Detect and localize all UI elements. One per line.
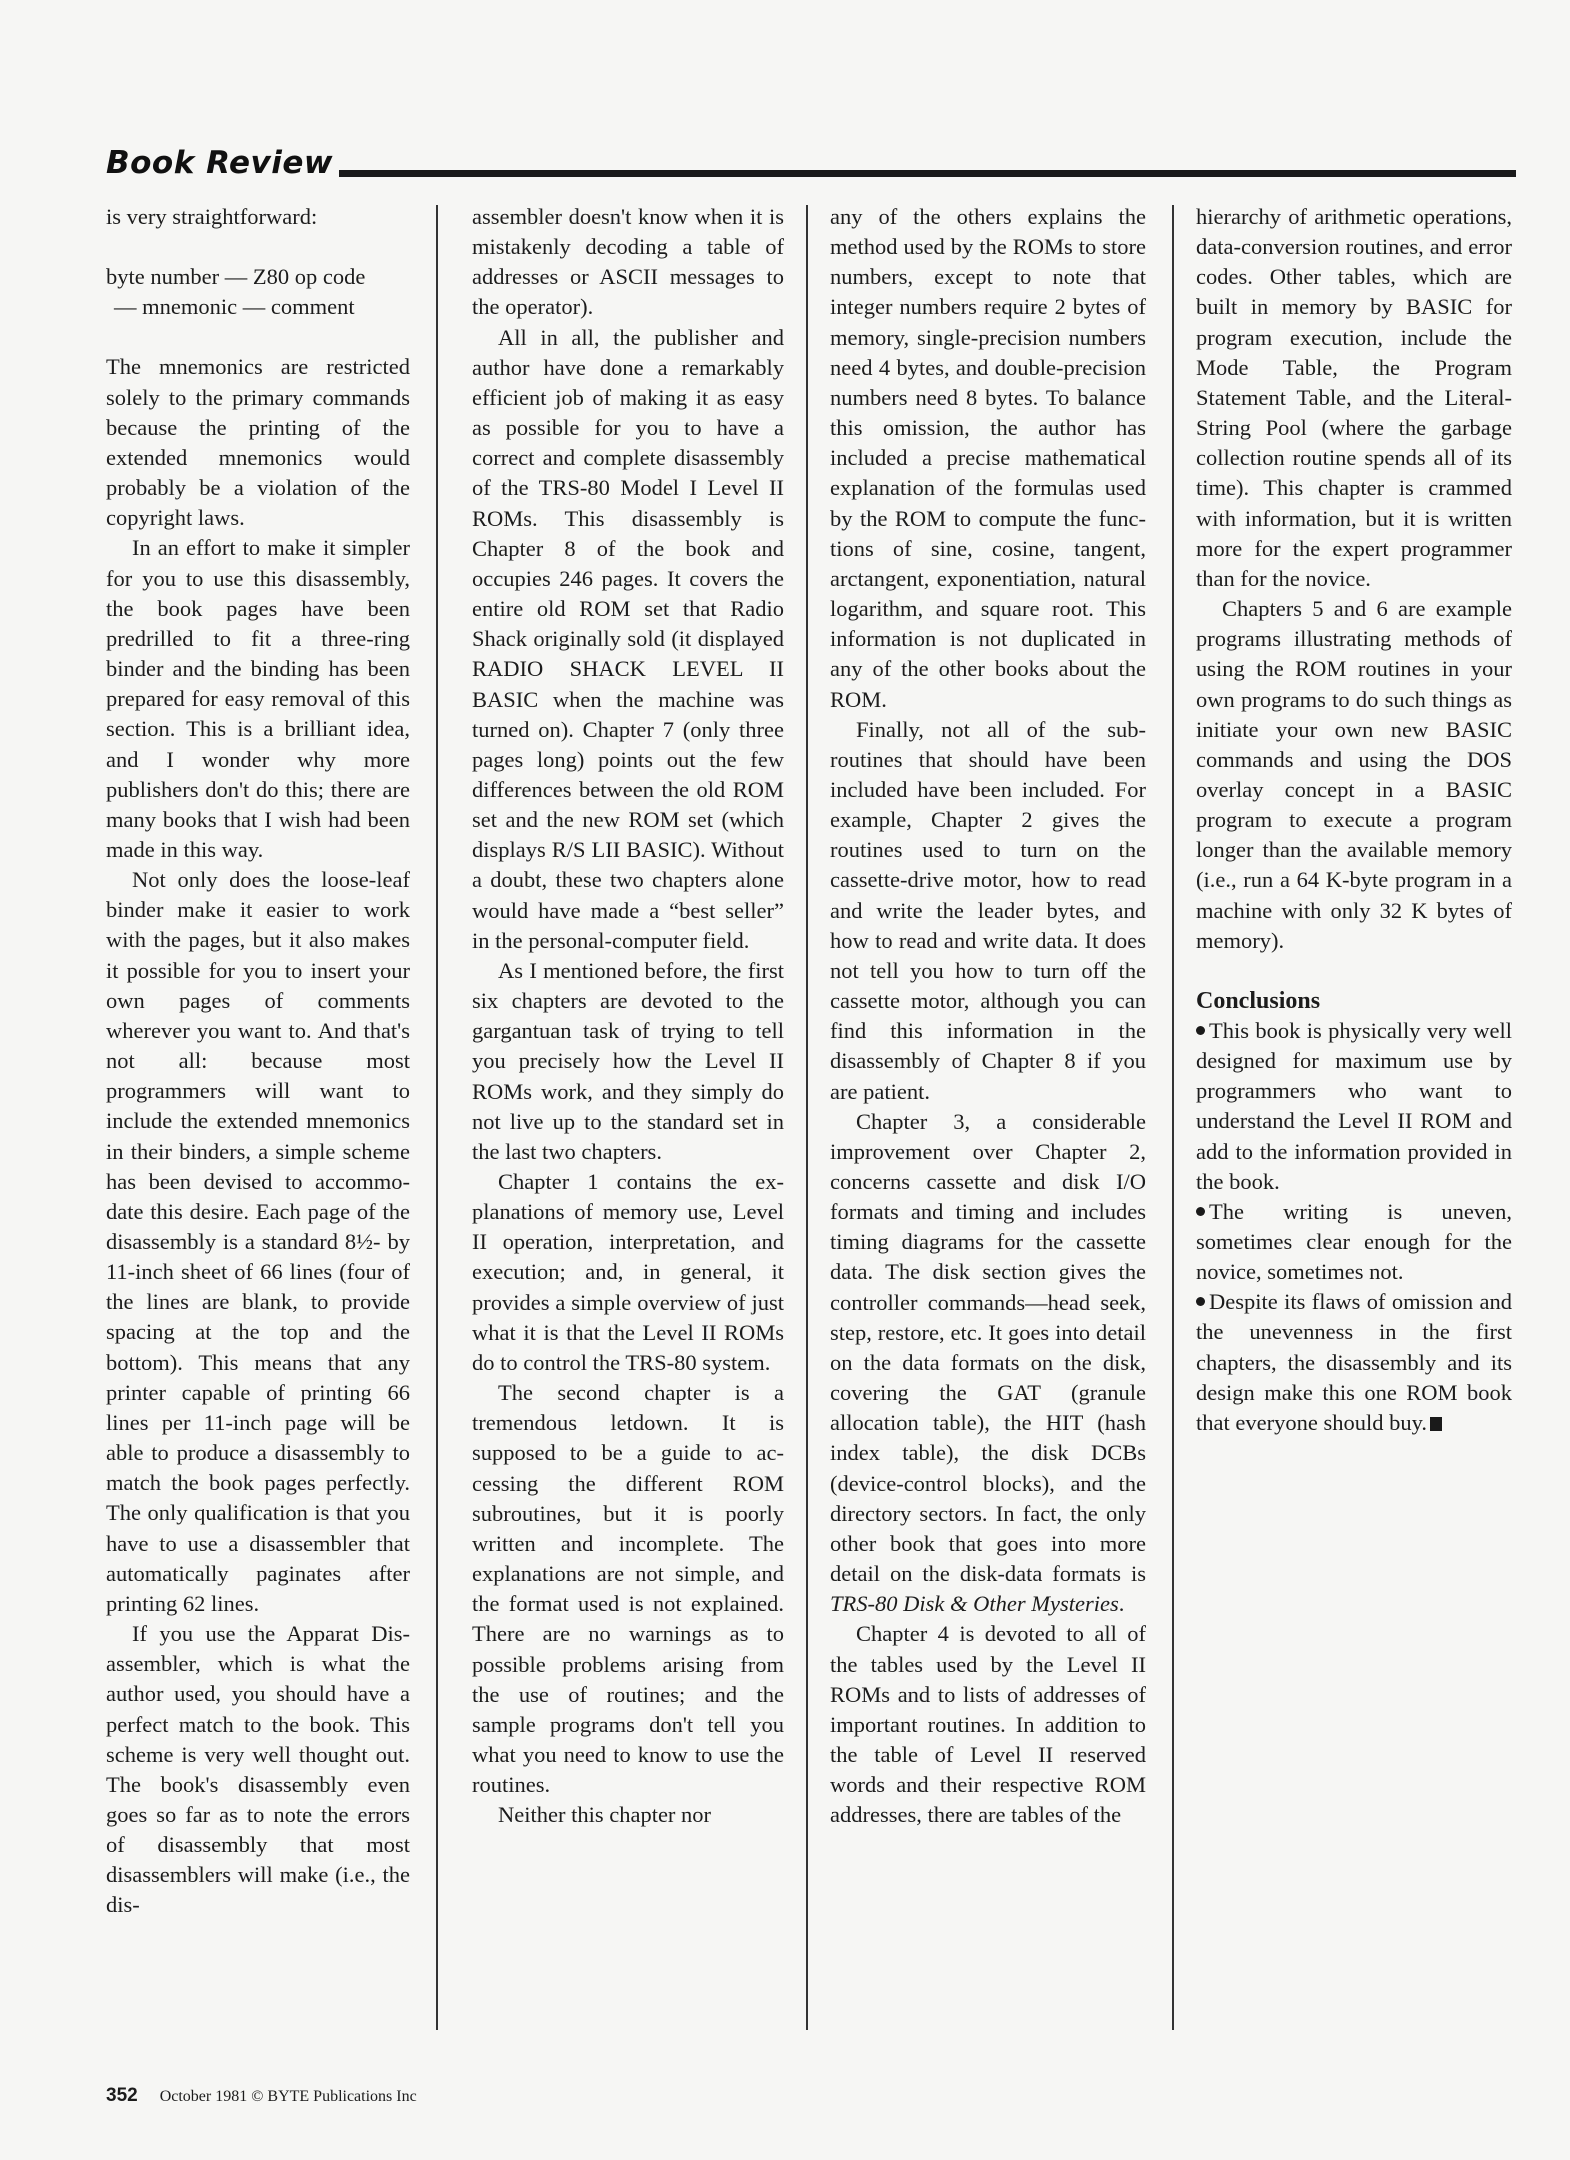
section-title: Book Review [106,146,333,180]
section-header: Book Review [106,140,1516,180]
article-column-2: assembler doesn't know when it is mistak… [472,202,784,1830]
punctuation: . [1119,1591,1125,1616]
paragraph: Chapter 1 contains the ex­planations of … [472,1167,784,1378]
format-line: byte number — Z80 op code [106,262,410,292]
paragraph: any of the others explains the method us… [830,202,1146,715]
column-divider [436,205,438,2030]
paragraph: In an effort to make it simpler for you … [106,533,410,865]
bullet-icon [1196,1297,1205,1306]
article-column-1: is very straightforward: byte number — Z… [106,202,410,1921]
conclusion-bullet: The writing is uneven, sometimes clear e… [1196,1197,1512,1287]
paragraph: is very straightforward: [106,202,410,232]
conclusion-bullet: This book is physically very well design… [1196,1016,1512,1197]
paragraph: Chapters 5 and 6 are exam­ple programs i… [1196,594,1512,956]
paragraph: If you use the Apparat Dis­assembler, wh… [106,1619,410,1921]
format-line: — mnemonic — comment [106,292,410,322]
paragraph: hierarchy of arithmetic oper­ations, dat… [1196,202,1512,594]
paragraph: Neither this chapter nor [472,1800,784,1830]
paragraph: assembler doesn't know when it is mistak… [472,202,784,323]
paragraph: As I mentioned before, the first six cha… [472,956,784,1167]
book-title-reference: TRS-80 Disk & Other Mysteries [830,1591,1119,1616]
paragraph: Chapter 4 is devoted to all of the table… [830,1619,1146,1830]
conclusion-bullet: Despite its flaws of omis­sion and the u… [1196,1287,1512,1438]
page-number: 352 [106,2084,138,2108]
paragraph: Chapter 3, a considerable improvement ov… [830,1107,1146,1620]
issue-line: October 1981 © BYTE Publications Inc [160,2085,417,2109]
article-column-3: any of the others explains the method us… [830,202,1146,1830]
paragraph: The mnemonics are restricted solely to t… [106,352,410,533]
paragraph-text: Chapter 3, a considerable improvement ov… [830,1109,1146,1586]
paragraph: Finally, not all of the sub­routines tha… [830,715,1146,1107]
paragraph: Not only does the loose-leaf binder make… [106,865,410,1619]
paragraph: All in all, the publisher and author hav… [472,323,784,956]
bullet-icon [1196,1026,1205,1035]
column-divider [806,205,808,2030]
bullet-text: The writing is uneven, sometimes clear e… [1196,1199,1512,1284]
column-divider [1172,205,1174,2030]
page-footer: 352 October 1981 © BYTE Publications Inc [106,2084,417,2109]
bullet-text: Despite its flaws of omis­sion and the u… [1196,1289,1512,1435]
end-of-article-icon [1430,1417,1442,1431]
conclusions-heading: Conclusions [1196,986,1512,1016]
paragraph: The second chapter is a tremendous letdo… [472,1378,784,1800]
bullet-icon [1196,1207,1205,1216]
header-rule [339,170,1516,177]
article-column-4: hierarchy of arithmetic oper­ations, dat… [1196,202,1512,1438]
bullet-text: This book is physically very well design… [1196,1018,1512,1194]
